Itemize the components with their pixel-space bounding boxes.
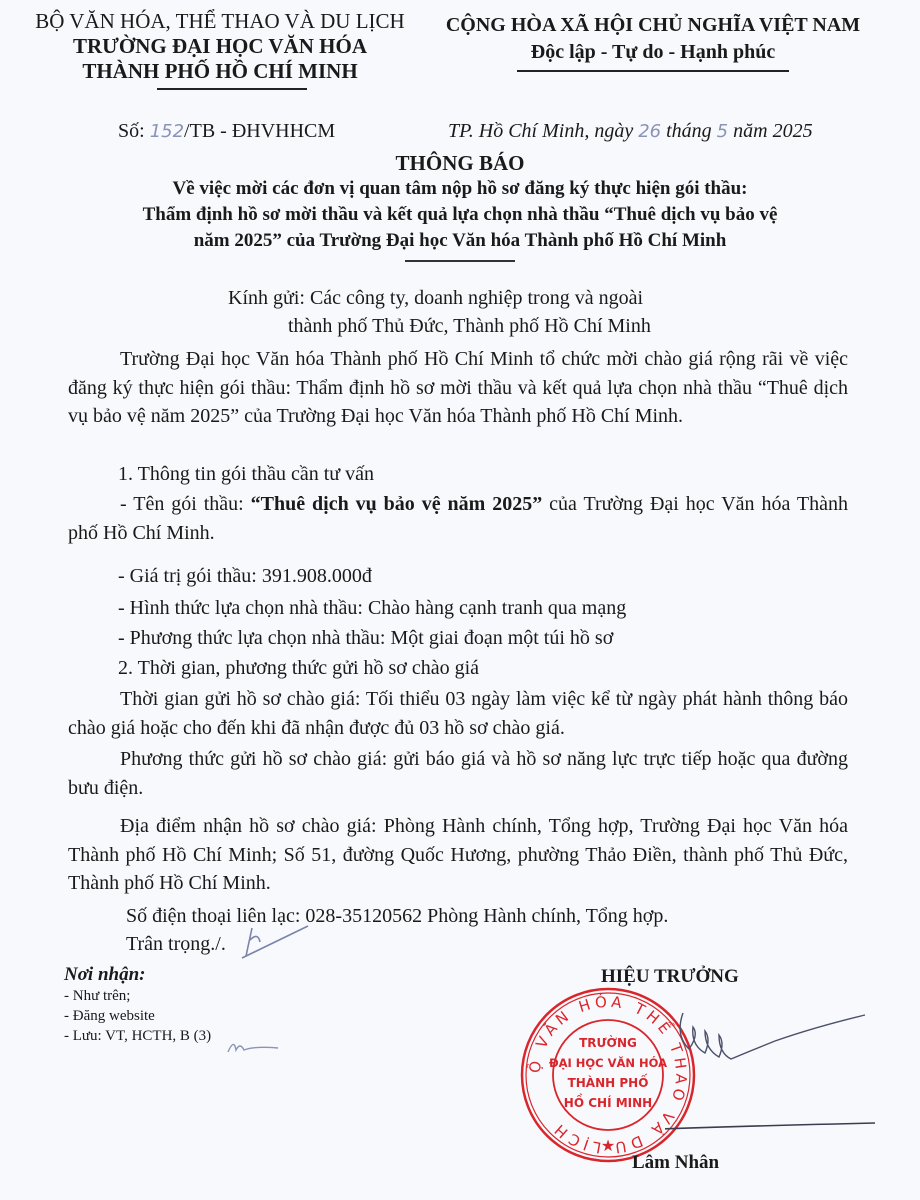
- subject-line-3: năm 2025” của Trường Đại học Văn hóa Thà…: [40, 228, 880, 254]
- archive-initials-icon: [224, 1036, 284, 1058]
- handwritten-signature-icon: [665, 1005, 875, 1145]
- school-name-line2: THÀNH PHỐ HỒ CHÍ MINH: [20, 59, 420, 84]
- ministry-name: BỘ VĂN HÓA, THỂ THAO VÀ DU LỊCH: [20, 8, 420, 34]
- year-label: năm 2025: [728, 120, 812, 142]
- document-number-prefix: Số:: [118, 120, 150, 142]
- submission-method: Phương thức gửi hồ sơ chào giá: gửi báo …: [68, 748, 848, 799]
- package-value: - Giá trị gói thầu: 391.908.000đ: [118, 562, 372, 590]
- handwritten-day: 26: [638, 121, 661, 142]
- selection-form: - Hình thức lựa chọn nhà thầu: Chào hàng…: [118, 594, 626, 622]
- initials-mark-icon: [238, 920, 318, 962]
- submission-location: Địa điểm nhận hồ sơ chào giá: Phòng Hành…: [68, 815, 848, 894]
- recipients-block: Nơi nhận: - Như trên; - Đăng website - L…: [64, 964, 211, 1046]
- closing: Trân trọng./.: [126, 930, 226, 958]
- recipient-item: - Như trên;: [64, 986, 211, 1006]
- national-motto: Độc lập - Tự do - Hạnh phúc: [438, 38, 868, 66]
- subject-line-2: Thẩm định hồ sơ mời thầu và kết quả lựa …: [40, 202, 880, 228]
- document-number-suffix: /TB - ĐHVHHCM: [184, 120, 335, 142]
- svg-text:ĐẠI HỌC VĂN HÓA: ĐẠI HỌC VĂN HÓA: [549, 1055, 667, 1070]
- submission-time-paragraph: Thời gian gửi hồ sơ chào giá: Tối thiểu …: [68, 685, 848, 742]
- svg-text:HỒ CHÍ MINH: HỒ CHÍ MINH: [564, 1093, 652, 1110]
- package-name-paragraph: - Tên gói thầu: “Thuê dịch vụ bảo vệ năm…: [68, 490, 848, 547]
- intro-text: Trường Đại học Văn hóa Thành phố Hồ Chí …: [68, 348, 848, 427]
- submission-location-paragraph: Địa điểm nhận hồ sơ chào giá: Phòng Hành…: [68, 812, 848, 898]
- document-title: THÔNG BÁO: [40, 150, 880, 176]
- month-label: tháng: [661, 120, 717, 142]
- package-name-label: - Tên gói thầu:: [120, 493, 251, 515]
- signer-name: Lâm Nhân: [632, 1152, 719, 1174]
- subject-line-1: Về việc mời các đơn vị quan tâm nộp hồ s…: [40, 176, 880, 202]
- document-number: Số: 152/TB - ĐHVHHCM: [118, 120, 335, 143]
- motto-underline: [517, 70, 789, 72]
- svg-text:TRƯỜNG: TRƯỜNG: [579, 1035, 637, 1050]
- issuing-authority: BỘ VĂN HÓA, THỂ THAO VÀ DU LỊCH TRƯỜNG Đ…: [20, 8, 420, 90]
- contact-phone: Số điện thoại liên lạc: 028-35120562 Phò…: [126, 902, 668, 930]
- handwritten-number: 152: [150, 121, 184, 142]
- selection-method: - Phương thức lựa chọn nhà thầu: Một gia…: [118, 624, 613, 652]
- svg-text:★: ★: [601, 1138, 615, 1155]
- addressee-line-2: thành phố Thủ Đức, Thành phố Hồ Chí Minh: [288, 312, 651, 340]
- date-prefix: TP. Hồ Chí Minh, ngày: [448, 120, 638, 142]
- recipient-item: - Lưu: VT, HCTH, B (3): [64, 1026, 211, 1046]
- section-2-heading: 2. Thời gian, phương thức gửi hồ sơ chào…: [118, 654, 479, 682]
- submission-method-paragraph: Phương thức gửi hồ sơ chào giá: gửi báo …: [68, 745, 848, 802]
- package-name: “Thuê dịch vụ bảo vệ năm 2025”: [251, 493, 543, 515]
- document-date: TP. Hồ Chí Minh, ngày 26 tháng 5 năm 202…: [448, 120, 813, 143]
- section-1-heading: 1. Thông tin gói thầu cần tư vấn: [118, 460, 374, 488]
- intro-paragraph: Trường Đại học Văn hóa Thành phố Hồ Chí …: [68, 345, 848, 431]
- submission-time: Thời gian gửi hồ sơ chào giá: Tối thiểu …: [68, 688, 848, 739]
- school-name-line1: TRƯỜNG ĐẠI HỌC VĂN HÓA: [20, 34, 420, 59]
- recipients-heading: Nơi nhận:: [64, 964, 211, 986]
- svg-text:THÀNH PHỐ: THÀNH PHỐ: [568, 1073, 649, 1090]
- country-name: CỘNG HÒA XÃ HỘI CHỦ NGHĨA VIỆT NAM: [438, 12, 868, 38]
- handwritten-month: 5: [717, 121, 728, 142]
- national-header: CỘNG HÒA XÃ HỘI CHỦ NGHĨA VIỆT NAM Độc l…: [438, 12, 868, 72]
- recipient-item: - Đăng website: [64, 1006, 211, 1026]
- document-title-block: THÔNG BÁO Về việc mời các đơn vị quan tâ…: [40, 150, 880, 262]
- addressee-line-1: Kính gửi: Các công ty, doanh nghiệp tron…: [228, 284, 643, 312]
- header-underline: [157, 88, 307, 90]
- title-underline: [405, 260, 515, 262]
